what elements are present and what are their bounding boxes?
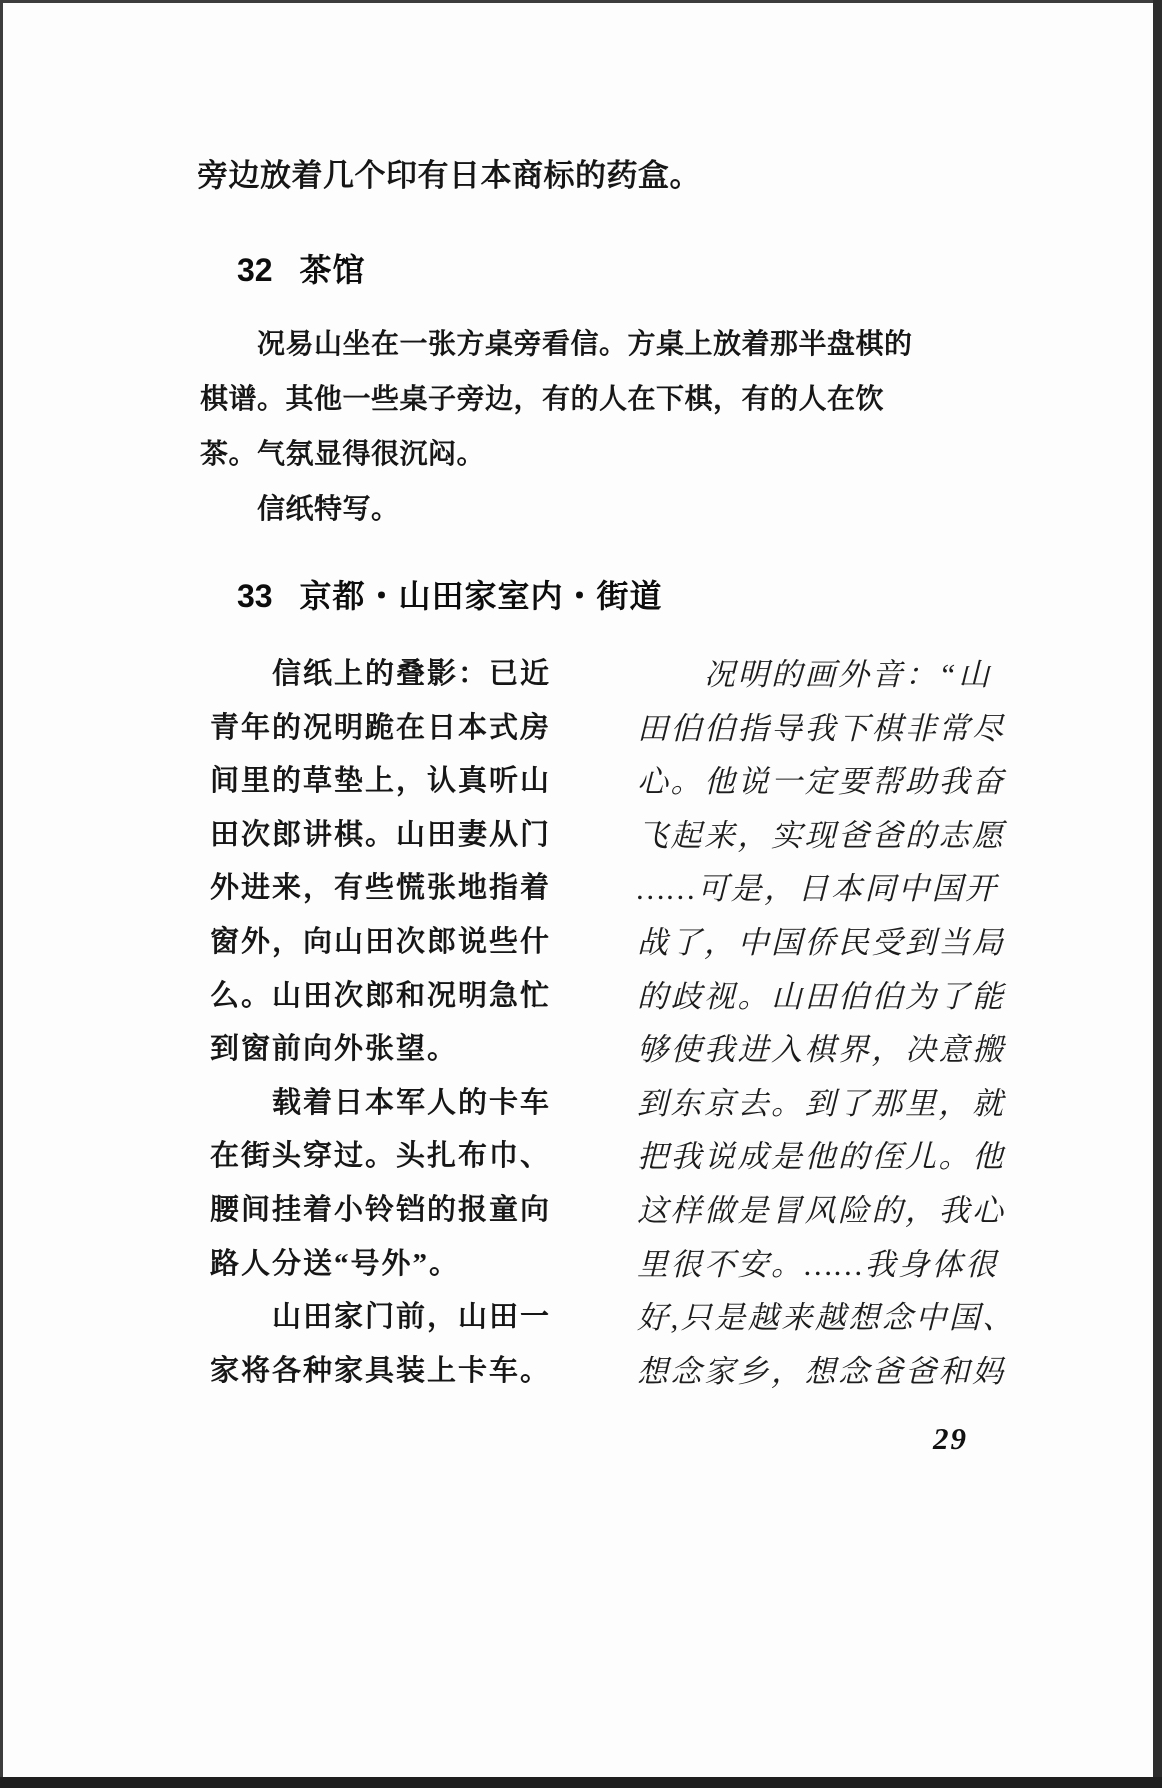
scan-border-bottom (0, 1777, 1162, 1788)
section-33-heading: 33 京都・山田家室内・街道 (237, 571, 663, 617)
text-line: 到窗前向外张望。 (210, 1023, 551, 1077)
section-32-number: 32 (237, 252, 273, 289)
text-line: 战了，中国侨民受到当局 (637, 916, 1016, 970)
text-line: 信纸特写。 (200, 482, 913, 537)
page-number: 29 (933, 1421, 968, 1457)
text-line: 么。山田次郎和况明急忙 (210, 970, 551, 1024)
text-line: 田次郎讲棋。山田妻从门 (210, 809, 551, 863)
text-line: 青年的况明跪在日本式房 (210, 702, 551, 756)
section-33-left-column: 信纸上的叠影：已近青年的况明跪在日本式房间里的草垫上，认真听山田次郎讲棋。山田妻… (210, 648, 551, 1398)
intro-line: 旁边放着几个印有日本商标的药盒。 (197, 150, 701, 195)
text-line: 这样做是冒风险的，我心 (637, 1184, 1016, 1238)
text-line: 棋谱。其他一些桌子旁边，有的人在下棋，有的人在饮 (200, 372, 913, 427)
section-32-heading: 32 茶馆 (237, 245, 366, 291)
text-line: 间里的草垫上，认真听山 (210, 755, 551, 809)
text-line: 里很不安。……我身体很 (637, 1238, 1016, 1292)
text-line: 够使我进入棋界，决意搬 (637, 1023, 1016, 1077)
text-line: 在街头穿过。头扎布巾、 (210, 1130, 551, 1184)
text-line: 飞起来，实现爸爸的志愿 (637, 809, 1016, 863)
text-line: 况易山坐在一张方桌旁看信。方桌上放着那半盘棋的 (200, 317, 913, 372)
text-line: 好,只是越来越想念中国、 (637, 1291, 1016, 1345)
section-33-number: 33 (237, 578, 273, 615)
text-line: 窗外，向山田次郎说些什 (210, 916, 551, 970)
text-line: 家将各种家具装上卡车。 (210, 1345, 551, 1399)
text-line: 外进来，有些慌张地指着 (210, 862, 551, 916)
scan-border-top (0, 0, 1162, 3)
text-line: 心。他说一定要帮助我奋 (637, 755, 1016, 809)
text-line: ……可是，日本同中国开 (637, 862, 1016, 916)
text-line: 路人分送“号外”。 (210, 1238, 551, 1292)
text-line: 把我说成是他的侄儿。他 (637, 1130, 1016, 1184)
scan-border-left (0, 0, 3, 1788)
section-33-right-column: 况明的画外音：“山田伯伯指导我下棋非常尽心。他说一定要帮助我奋飞起来，实现爸爸的… (637, 648, 1016, 1398)
section-32-title: 茶馆 (299, 245, 365, 291)
text-line: 想念家乡，想念爸爸和妈 (637, 1345, 1016, 1399)
text-line: 茶。气氛显得很沉闷。 (200, 427, 913, 482)
text-line: 山田家门前，山田一 (210, 1291, 551, 1345)
text-line: 到东京去。到了那里，就 (637, 1077, 1016, 1131)
scanned-page: 旁边放着几个印有日本商标的药盒。 32 茶馆 况易山坐在一张方桌旁看信。方桌上放… (0, 0, 1162, 1788)
text-line: 的歧视。山田伯伯为了能 (637, 970, 1016, 1024)
text-line: 载着日本军人的卡车 (210, 1077, 551, 1131)
text-line: 况明的画外音：“山 (637, 648, 1016, 702)
text-line: 腰间挂着小铃铛的报童向 (210, 1184, 551, 1238)
scan-border-right (1153, 0, 1162, 1788)
text-line: 信纸上的叠影：已近 (210, 648, 551, 702)
section-32-paragraph: 况易山坐在一张方桌旁看信。方桌上放着那半盘棋的棋谱。其他一些桌子旁边，有的人在下… (200, 317, 913, 537)
section-33-title: 京都・山田家室内・街道 (299, 571, 662, 617)
text-line: 田伯伯指导我下棋非常尽 (637, 702, 1016, 756)
